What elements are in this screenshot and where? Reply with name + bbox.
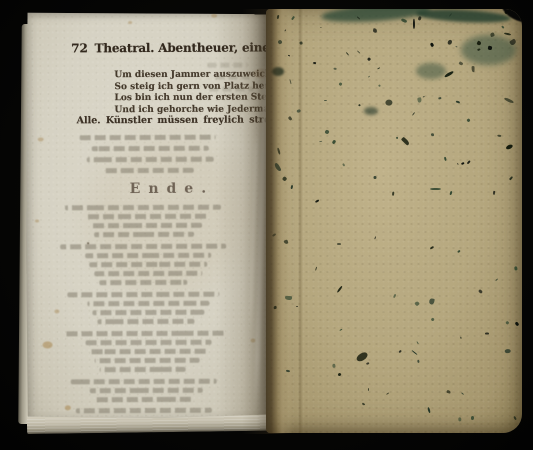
showthrough-line <box>87 157 214 163</box>
page-number: 72 <box>71 41 87 55</box>
cue-line: Alle. Künstler müssen freylich streben 2… <box>77 114 271 126</box>
ink-spot <box>320 27 322 28</box>
showthrough-line <box>101 168 194 173</box>
showthrough-line <box>95 397 193 402</box>
ink-spot <box>277 40 283 46</box>
ink-spot <box>332 363 336 367</box>
ink-spot <box>506 144 514 150</box>
ink-spot <box>368 388 369 391</box>
ink-spot <box>367 76 369 78</box>
ink-spot <box>285 369 289 372</box>
ink-spot <box>385 100 392 106</box>
ink-spot <box>398 350 402 354</box>
ink-spot <box>374 176 377 179</box>
ink-spot <box>400 18 406 23</box>
showthrough-mark <box>209 87 253 92</box>
ink-spot <box>373 28 377 33</box>
ink-spot <box>312 62 315 65</box>
showthrough-line <box>85 253 212 259</box>
ink-spot <box>431 133 434 136</box>
showthrough-line <box>95 271 202 276</box>
ink-spot <box>324 129 330 135</box>
ink-spot <box>413 18 415 28</box>
green-smear <box>461 35 516 65</box>
ink-spot <box>296 109 301 114</box>
showthrough-line <box>90 388 202 393</box>
showthrough-line <box>97 319 195 324</box>
ink-spot <box>385 393 388 396</box>
showthrough-line <box>79 135 216 141</box>
ink-spot <box>509 176 513 180</box>
book-photo: 72Theatral. Abentheuer, eine Oper. Um di… <box>0 0 533 450</box>
fox-spot <box>43 341 53 348</box>
showthrough-line <box>68 292 219 298</box>
ink-spot <box>283 239 288 244</box>
ink-spot <box>438 97 441 100</box>
fox-spot <box>35 219 39 222</box>
ink-spot <box>334 67 338 69</box>
ink-spot <box>401 137 410 146</box>
ink-spot <box>429 299 435 306</box>
ink-spot <box>342 163 346 167</box>
ink-spot <box>367 58 371 62</box>
ink-spot <box>449 191 452 195</box>
ink-spot <box>412 350 418 355</box>
ink-spot <box>444 157 447 162</box>
ink-spot <box>276 147 280 155</box>
ink-spot <box>339 328 343 331</box>
ink-spot <box>505 349 511 354</box>
showthrough-text <box>25 10 269 11</box>
ink-spot <box>285 295 293 299</box>
ink-spot <box>461 392 464 395</box>
ink-spot <box>274 162 282 172</box>
showthrough-line <box>92 146 209 152</box>
foxing-stains <box>25 10 269 11</box>
ink-spot <box>362 402 365 405</box>
ink-spot <box>315 199 320 203</box>
ink-spot <box>485 332 489 334</box>
ink-spot <box>355 350 369 363</box>
fox-spot <box>251 339 256 343</box>
showthrough-line <box>92 310 204 315</box>
ink-spot <box>412 112 416 116</box>
ink-spot <box>471 416 474 420</box>
ink-spot <box>300 42 303 45</box>
ink-spot <box>287 116 292 121</box>
showthrough-line <box>94 232 194 237</box>
ink-spot <box>495 278 498 281</box>
showthrough-line <box>71 379 217 385</box>
showthrough-line <box>90 262 207 268</box>
ink-spot <box>455 100 459 103</box>
ink-spot <box>338 373 342 377</box>
ink-spot <box>430 42 434 46</box>
ink-spot <box>456 46 458 48</box>
green-smear <box>416 9 511 24</box>
ink-spot <box>290 185 293 189</box>
ink-spot <box>324 100 328 101</box>
ink-spot <box>477 48 480 51</box>
ink-spot <box>345 52 348 56</box>
ink-spot <box>356 50 360 54</box>
showthrough-line <box>99 280 187 285</box>
ink-spot <box>459 417 462 421</box>
left-page: 72Theatral. Abentheuer, eine Oper. Um di… <box>25 10 271 419</box>
showthrough-line <box>65 205 221 211</box>
ink-spot <box>417 360 420 363</box>
fox-spot <box>38 137 44 141</box>
verse-line: Los bin ich nun der ersten Stelle <box>114 92 270 104</box>
ink-spot <box>461 162 465 165</box>
ink-spot <box>377 67 380 70</box>
showthrough-line <box>76 408 213 414</box>
ink-spot <box>457 250 460 253</box>
ink-spot <box>284 29 286 32</box>
ink-spot <box>416 341 419 344</box>
ink-spot <box>374 237 376 240</box>
ink-spot <box>458 61 463 66</box>
showthrough-line <box>85 340 212 346</box>
showthrough-line <box>89 223 201 228</box>
ink-spot <box>315 266 317 270</box>
showthrough-line <box>90 349 207 355</box>
fox-spot <box>211 14 217 18</box>
ink-spot <box>504 97 514 104</box>
ink-spot <box>430 317 435 322</box>
ink-spot <box>460 337 461 339</box>
showthrough-mark <box>207 63 247 68</box>
ink-spot <box>272 233 277 237</box>
ink-spot <box>466 118 470 122</box>
ink-spot <box>332 140 337 145</box>
ink-spot <box>277 15 280 19</box>
page-crease-highlight <box>249 131 258 331</box>
ink-spot <box>418 16 422 20</box>
ink-spot <box>446 39 452 46</box>
verse-line: Um diesen Jammer auszuweichen, <box>114 69 271 81</box>
ink-spot <box>378 85 380 87</box>
showthrough-line <box>63 331 224 337</box>
fox-spot <box>128 21 132 24</box>
ink-spot <box>514 266 517 270</box>
ink-spot <box>319 141 322 143</box>
ink-spot <box>447 390 451 394</box>
ink-spot <box>505 320 509 324</box>
ink-spot <box>456 163 458 165</box>
ink-spot <box>513 416 517 420</box>
green-smear <box>416 63 446 79</box>
ink-spot <box>393 294 396 298</box>
showthrough-line <box>95 358 200 363</box>
ink-spot <box>273 305 276 308</box>
showthrough-line <box>87 301 209 307</box>
end-word: Ende. <box>50 180 271 197</box>
ink-spot <box>478 288 483 293</box>
ink-spot <box>392 192 394 197</box>
verse: Um diesen Jammer auszuweichen, So steig … <box>114 69 271 116</box>
ink-spot <box>288 55 290 57</box>
ink-spot <box>430 246 434 250</box>
ink-spot <box>291 16 295 20</box>
green-smear <box>364 107 378 115</box>
running-title: Theatral. Abentheuer, eine Oper. <box>95 40 271 55</box>
page-header: 72Theatral. Abentheuer, eine Oper. <box>71 41 261 56</box>
ink-spot <box>430 188 441 191</box>
ink-spot <box>337 243 341 245</box>
ink-spot <box>339 83 343 87</box>
ink-spot <box>396 137 398 139</box>
ink-spot <box>509 39 517 46</box>
ink-spot <box>467 160 471 164</box>
ink-spot <box>504 32 512 36</box>
ink-spot <box>366 362 369 364</box>
green-smear <box>272 67 284 76</box>
ink-spot <box>289 80 291 85</box>
fox-spot <box>65 405 71 410</box>
fox-spot <box>87 242 89 244</box>
ink-spot <box>358 104 361 107</box>
ink-spot <box>337 285 343 292</box>
showthrough-line <box>85 214 207 220</box>
ink-spot <box>472 66 475 72</box>
showthrough-mark <box>215 75 249 80</box>
right-page-inside-cover <box>266 9 522 433</box>
showthrough-line <box>100 367 185 372</box>
ink-spot <box>417 97 422 103</box>
ink-spot <box>502 26 505 29</box>
fox-spot <box>54 309 59 313</box>
ink-spot <box>515 322 519 327</box>
ink-spot <box>282 176 287 181</box>
ink-spot <box>427 407 431 413</box>
showthrough-line <box>60 244 226 250</box>
verse-line: So steig ich gern von Platz herab. <box>114 81 270 93</box>
ink-spot <box>493 191 496 195</box>
ink-spot <box>423 96 425 98</box>
verse-line: Und ich gehorche wie Jedermann. <box>115 104 271 116</box>
ink-spot <box>296 306 298 307</box>
ink-spot <box>497 134 501 137</box>
ink-spot <box>415 301 421 306</box>
